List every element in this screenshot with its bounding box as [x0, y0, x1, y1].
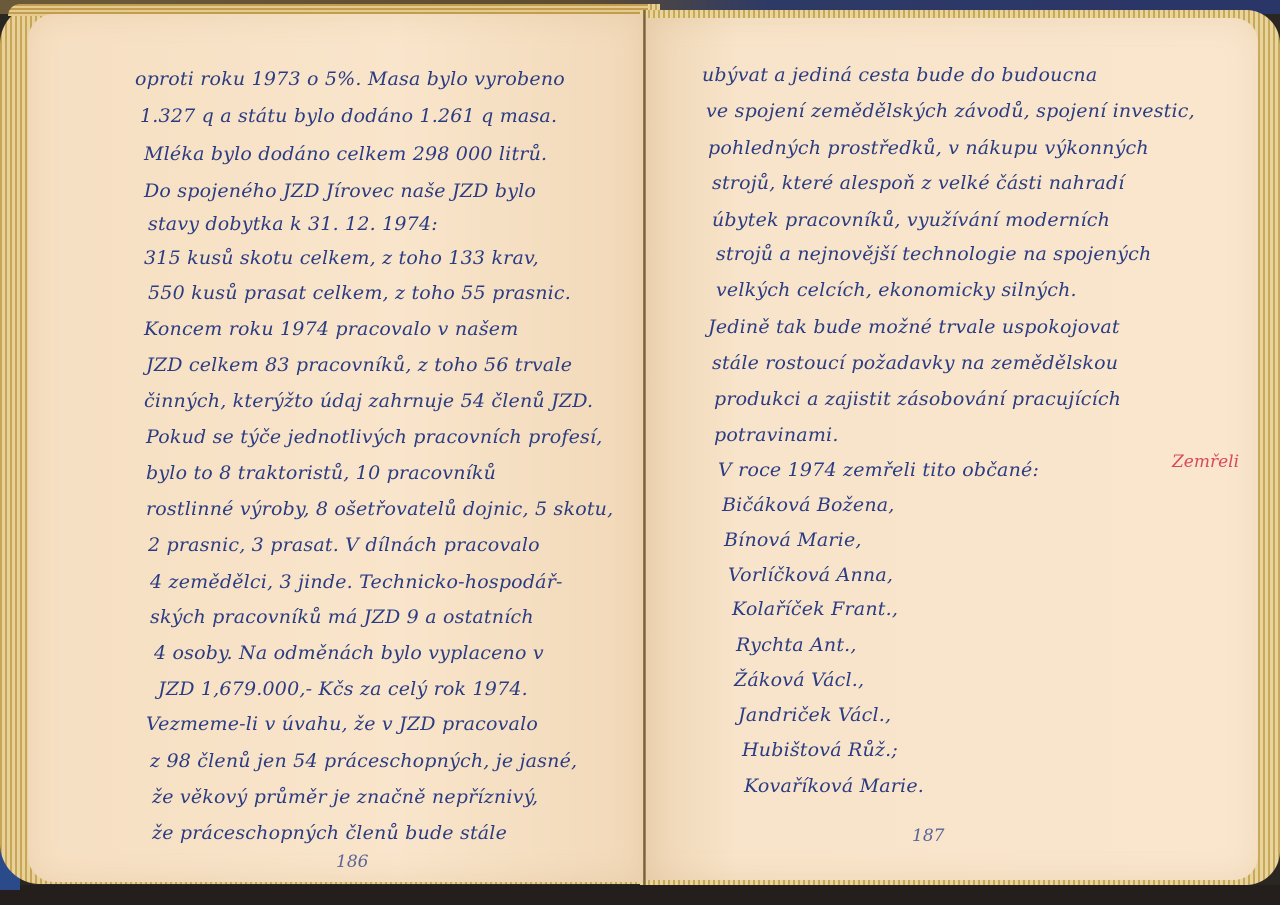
deceased-name: Žáková Václ.,: [734, 669, 864, 691]
book-gutter: [643, 10, 646, 885]
page-number-left: 186: [336, 852, 368, 872]
text-line: rostlinné výroby, 8 ošetřovatelů dojnic,…: [146, 498, 613, 520]
deaths-intro: V roce 1974 zemřeli tito občané:: [718, 459, 1039, 481]
text-line: 4 osoby. Na odměnách bylo vyplaceno v: [154, 642, 544, 664]
text-line: stále rostoucí požadavky na zemědělskou: [712, 352, 1118, 374]
text-line: ubývat a jediná cesta bude do budoucna: [702, 64, 1097, 86]
text-line: Koncem roku 1974 pracovalo v našem: [144, 318, 518, 340]
margin-note-red: Zemřeli: [1172, 452, 1239, 472]
text-line: úbytek pracovníků, využívání moderních: [712, 209, 1110, 231]
text-line: 550 kusů prasat celkem, z toho 55 prasni…: [148, 282, 571, 304]
text-line: 2 prasnic, 3 prasat. V dílnách pracovalo: [148, 534, 540, 556]
text-line: strojů a nejnovější technologie na spoje…: [716, 243, 1151, 265]
text-line: bylo to 8 traktoristů, 10 pracovníků: [146, 462, 496, 484]
text-line: pohledných prostředků, v nákupu výkonnýc…: [708, 137, 1149, 159]
page-number-right: 187: [912, 826, 944, 846]
deceased-name: Bičáková Božena,: [722, 494, 895, 516]
text-line: 315 kusů skotu celkem, z toho 133 krav,: [144, 247, 539, 269]
text-line: oproti roku 1973 o 5%. Masa bylo vyroben…: [135, 68, 565, 90]
text-line: Pokud se týče jednotlivých pracovních pr…: [146, 426, 603, 448]
text-line: strojů, které alespoň z velké části nahr…: [712, 172, 1125, 194]
deceased-name: Jandriček Václ.,: [738, 704, 891, 726]
deceased-name: Vorlíčková Anna,: [728, 564, 893, 586]
text-line: Jedině tak bude možné trvale uspokojovat: [708, 316, 1120, 338]
text-line: produkci a zajistit zásobování pracující…: [714, 388, 1121, 410]
text-line: Do spojeného JZD Jírovec naše JZD bylo: [144, 180, 536, 202]
text-line: z 98 členů jen 54 práceschopných, je jas…: [150, 750, 577, 772]
deceased-name: Hubištová Růž.;: [742, 739, 898, 761]
deceased-name: Kovaříková Marie.: [744, 775, 924, 797]
text-line: JZD celkem 83 pracovníků, z toho 56 trva…: [146, 354, 572, 376]
deceased-name: Bínová Marie,: [724, 529, 862, 551]
text-line: velkých celcích, ekonomicky silných.: [716, 279, 1077, 301]
text-line: Vezmeme-li v úvahu, že v JZD pracovalo: [146, 713, 538, 735]
text-line: potravinami.: [714, 424, 839, 446]
text-line: 1.327 q a státu bylo dodáno 1.261 q masa…: [140, 105, 557, 127]
text-line: 4 zemědělci, 3 jinde. Technicko-hospodář…: [150, 571, 563, 593]
text-line: JZD 1,679.000,- Kčs za celý rok 1974.: [158, 678, 528, 700]
text-line: Mléka bylo dodáno celkem 298 000 litrů.: [144, 143, 547, 165]
text-line: ských pracovníků má JZD 9 a ostatních: [150, 606, 534, 628]
text-line: ve spojení zemědělských závodů, spojení …: [706, 100, 1195, 122]
text-line: činných, kterýžto údaj zahrnuje 54 členů…: [144, 390, 593, 412]
text-line: že věkový průměr je značně nepříznivý,: [152, 786, 538, 808]
text-line: že práceschopných členů bude stále: [152, 822, 507, 844]
deceased-name: Rychta Ant.,: [736, 634, 857, 656]
notebook-cover-bottom: [0, 885, 1280, 905]
deceased-name: Kolaříček Frant.,: [732, 598, 898, 620]
text-line: stavy dobytka k 31. 12. 1974:: [148, 213, 438, 235]
